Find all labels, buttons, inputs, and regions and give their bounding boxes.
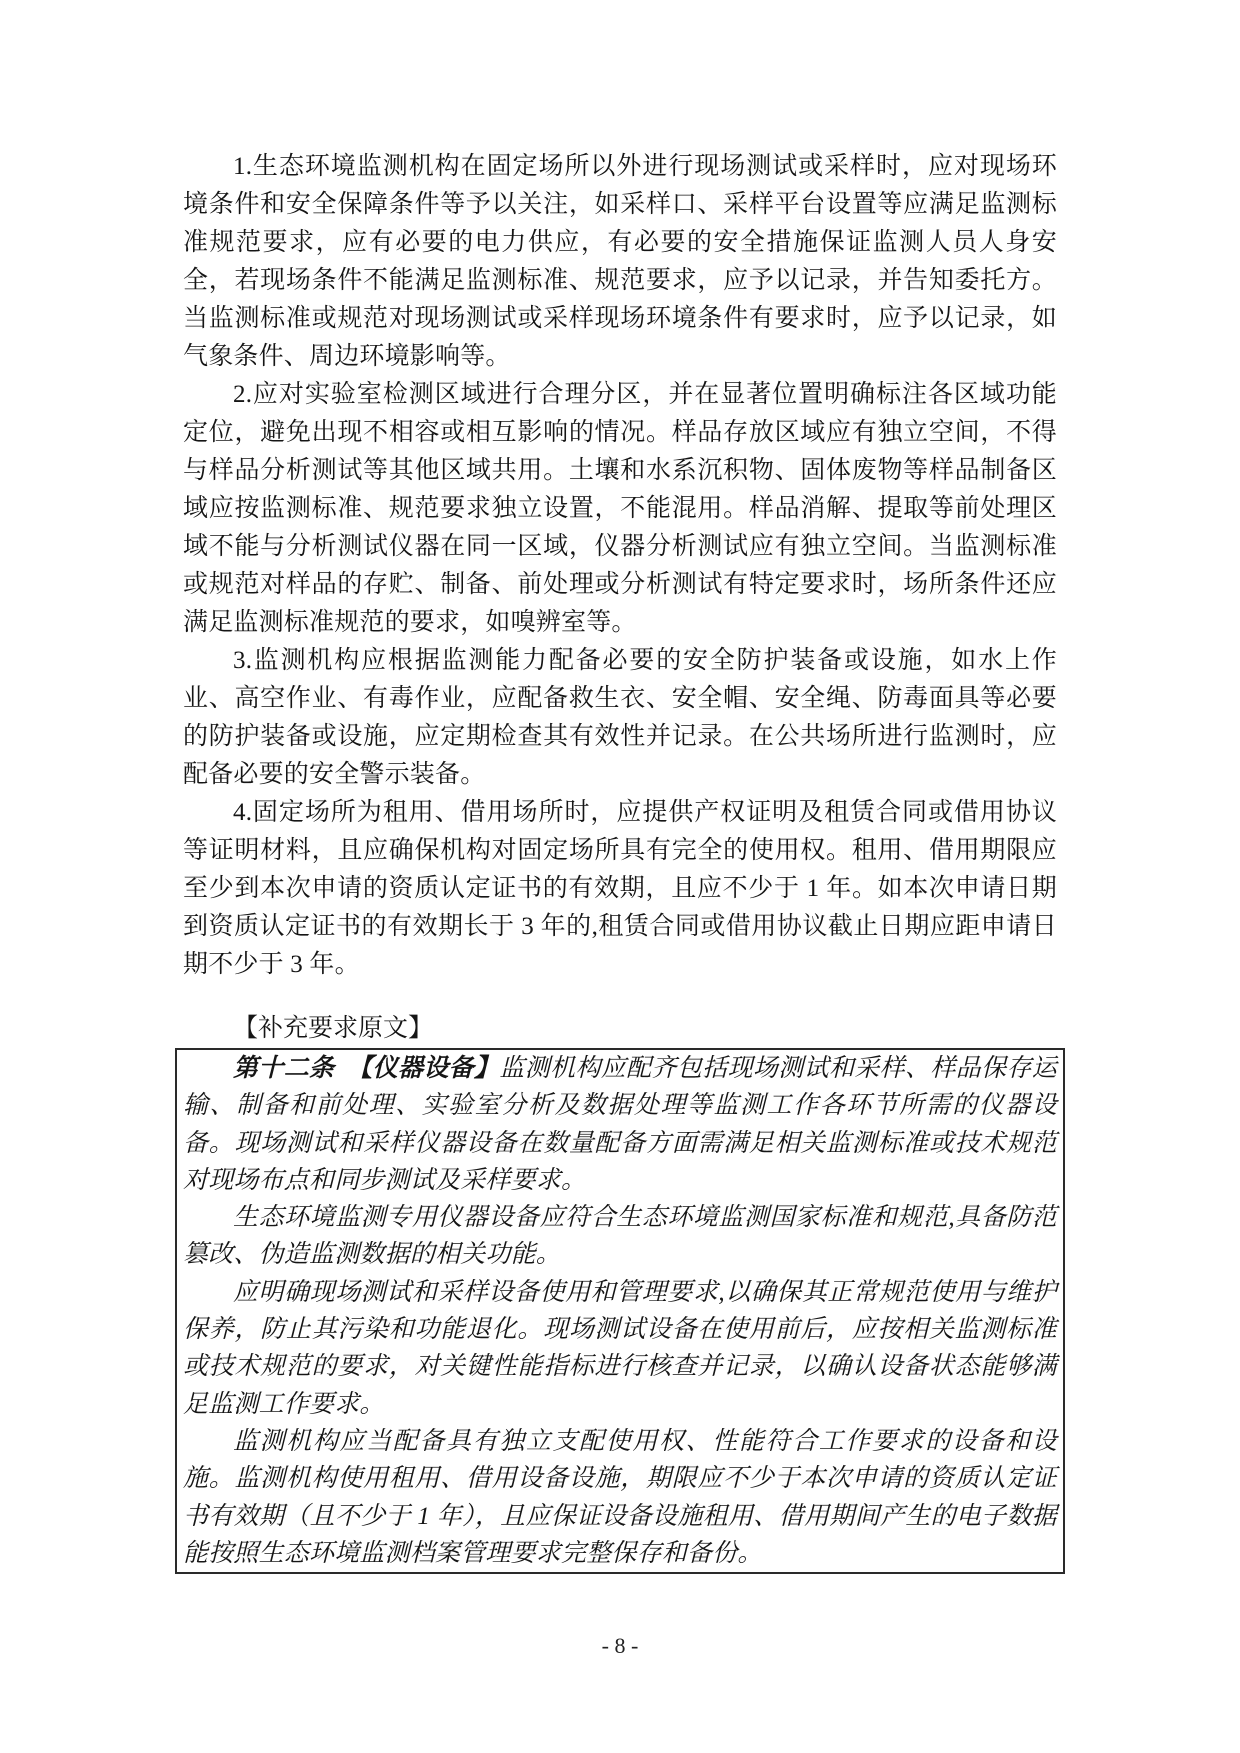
page-number: - 8 - — [183, 1632, 1057, 1660]
box-paragraph-4: 监测机构应当配备具有独立支配使用权、性能符合工作要求的设备和设施。监测机构使用租… — [183, 1423, 1057, 1572]
box-paragraph-2: 生态环境监测专用仪器设备应符合生态环境监测国家标准和规范,具备防范篡改、伪造监测… — [183, 1199, 1057, 1274]
paragraph-2: 2.应对实验室检测区域进行合理分区，并在显著位置明确标注各区域功能定位，避免出现… — [183, 376, 1057, 642]
box-paragraph-3: 应明确现场测试和采样设备使用和管理要求,以确保其正常规范使用与维护保养，防止其污… — [183, 1274, 1057, 1423]
supplement-heading: 【补充要求原文】 — [183, 1010, 1057, 1048]
paragraph-4: 4.固定场所为租用、借用场所时，应提供产权证明及租赁合同或借用协议等证明材料，且… — [183, 794, 1057, 984]
paragraph-1: 1.生态环境监测机构在固定场所以外进行现场测试或采样时，应对现场环境条件和安全保… — [183, 148, 1057, 376]
article-heading: 第十二条 【仪器设备】 — [233, 1055, 499, 1082]
paragraph-3: 3.监测机构应根据监测能力配备必要的安全防护装备或设施，如水上作业、高空作业、有… — [183, 642, 1057, 794]
box-paragraph-1: 第十二条 【仪器设备】监测机构应配齐包括现场测试和采样、样品保存运输、制备和前处… — [183, 1050, 1057, 1199]
supplement-requirement-box: 第十二条 【仪器设备】监测机构应配齐包括现场测试和采样、样品保存运输、制备和前处… — [175, 1048, 1065, 1574]
document-page: 1.生态环境监测机构在固定场所以外进行现场测试或采样时，应对现场环境条件和安全保… — [0, 0, 1240, 1753]
